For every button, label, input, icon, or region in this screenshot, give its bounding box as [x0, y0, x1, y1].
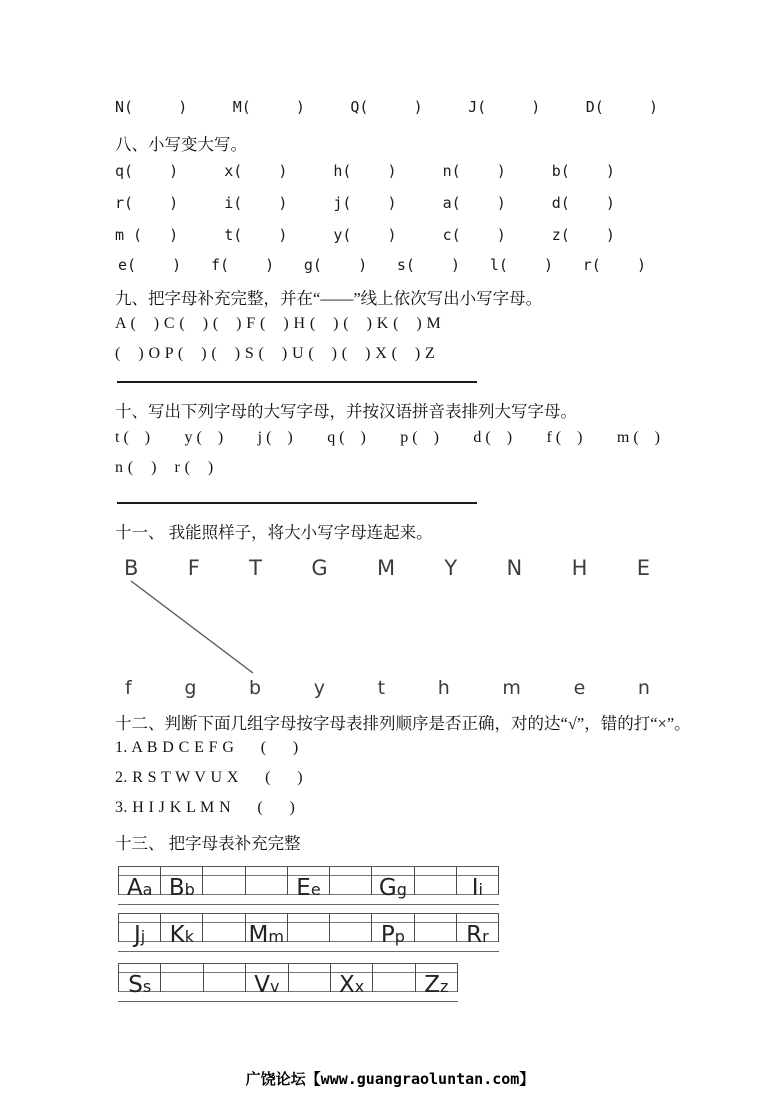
match-letter-upper: G [311, 556, 327, 580]
alphabet-cell-filled: Kk [161, 914, 203, 942]
alphabet-cells: SsVvXxZz [118, 964, 458, 992]
answer-group: i( ) [224, 194, 287, 212]
alphabet-cell-filled: Xx [331, 964, 373, 992]
section10-row-2: n ( ) r ( ) [115, 459, 214, 477]
letter-pair: Pp [381, 924, 405, 947]
answer-group: p ( ) [400, 429, 439, 447]
match-letter-upper: B [124, 556, 138, 580]
answer-group: j( ) [333, 194, 396, 212]
alphabet-cells: AaBbEeGgIi [118, 867, 499, 895]
answer-group: x( ) [224, 162, 287, 180]
letter-pair: Ee [296, 877, 320, 900]
alphabet-cells: JjKkMmPpRr [118, 914, 499, 942]
answer-group: f( ) [211, 256, 274, 274]
answer-group: N( ) [115, 98, 187, 116]
alphabet-grid-row-1: AaBbEeGgIi [118, 866, 499, 905]
alphabet-cell-blank [246, 867, 288, 895]
answer-group: J( ) [468, 98, 540, 116]
match-letter-upper: H [572, 556, 588, 580]
alphabet-grid-row-2: JjKkMmPpRr [118, 913, 499, 952]
match-letter-upper: F [188, 556, 200, 580]
footer-site-credit: 广饶论坛【www.guangraoluntan.com】 [0, 1068, 780, 1089]
match-letter-lower: b [249, 677, 261, 699]
section7-answer-row: N( ) M( ) Q( ) J( ) D( ) [115, 98, 658, 116]
alphabet-cell-filled: Vv [246, 964, 288, 992]
alphabet-cell-filled: Ee [288, 867, 330, 895]
match-letter-lower: m [502, 677, 521, 699]
alphabet-cell-blank [415, 914, 457, 942]
letter-pair: Ii [472, 877, 483, 900]
section8-row-1: q( ) x( ) h( ) n( ) b( ) [115, 162, 615, 180]
section9-row-1: A ( ) C ( ) ( ) F ( ) H ( ) ( ) K ( ) M [115, 315, 441, 333]
section12-heading: 十二、判断下面几组字母按字母表排列顺序是否正确，对的达“√”，错的打“×”。 [115, 710, 691, 734]
alphabet-cell-filled: Ii [457, 867, 499, 895]
match-letter-upper: N [507, 556, 523, 580]
alphabet-cell-blank [203, 914, 245, 942]
alphabet-grid-row-3: SsVvXxZz [118, 963, 458, 1002]
alphabet-cell-blank [161, 964, 203, 992]
letter-pair: Xx [339, 974, 364, 997]
answer-group: z( ) [552, 226, 615, 244]
answer-group: m ( ) [115, 226, 178, 244]
alphabet-cell-blank [204, 964, 246, 992]
answer-group: y ( ) [185, 429, 224, 447]
answer-group: t( ) [224, 226, 287, 244]
alphabet-cell-filled: Jj [118, 914, 161, 942]
match-letter-lower: t [378, 677, 385, 699]
section11-lowercase-row: f g b y t h m e n [125, 677, 650, 699]
match-letter-lower: h [438, 677, 450, 699]
letter-pair: Ss [128, 974, 151, 997]
answer-group: e( ) [118, 256, 181, 274]
letter-pair: Gg [379, 877, 407, 900]
answer-group: q ( ) [327, 429, 366, 447]
letter-pair: Jj [134, 924, 145, 947]
alphabet-cell-blank [373, 964, 415, 992]
answer-group: a( ) [443, 194, 506, 212]
alphabet-cell-filled: Rr [457, 914, 499, 942]
answer-group: b( ) [552, 162, 615, 180]
match-letter-lower: n [638, 677, 650, 699]
answer-group: d ( ) [473, 429, 512, 447]
letter-pair: Kk [170, 924, 194, 947]
answer-group: s( ) [397, 256, 460, 274]
section8-row-4: e( ) f( ) g( ) s( ) l( ) r( ) [118, 256, 646, 274]
match-letter-lower: g [184, 677, 196, 699]
match-letter-lower: f [125, 677, 132, 699]
alphabet-cell-blank [288, 914, 330, 942]
alphabet-cell-filled: Bb [161, 867, 203, 895]
example-connect-line-B-b [126, 578, 258, 676]
section8-row-2: r( ) i( ) j( ) a( ) d( ) [115, 194, 615, 212]
match-letter-lower: y [314, 677, 325, 699]
section10-row-1: t ( ) y ( ) j ( ) q ( ) p ( ) d ( ) f ( … [115, 429, 660, 447]
answer-group: t ( ) [115, 429, 150, 447]
answer-group: j ( ) [258, 429, 293, 447]
answer-group: f ( ) [546, 429, 582, 447]
answer-group: l( ) [490, 256, 553, 274]
match-letter-upper: T [249, 556, 262, 580]
section11-uppercase-row: B F T G M Y N H E [124, 556, 650, 580]
match-letter-lower: e [574, 677, 586, 699]
answer-group: q( ) [115, 162, 178, 180]
answer-group: D( ) [586, 98, 658, 116]
section12-item-3: 3. H I J K L M N ( ) [115, 799, 295, 817]
alphabet-cell-blank [330, 914, 372, 942]
alphabet-cell-filled: Zz [416, 964, 458, 992]
answer-group: n( ) [443, 162, 506, 180]
alphabet-cell-filled: Ss [118, 964, 161, 992]
letter-pair: Mm [249, 924, 284, 947]
section11-heading: 十一、 我能照样子，将大小写字母连起来。 [115, 519, 433, 543]
answer-group: g( ) [304, 256, 367, 274]
section10-heading: 十、写出下列字母的大写字母，并按汉语拼音表排列大写字母。 [115, 398, 577, 422]
answer-group: c( ) [443, 226, 506, 244]
answer-group: r( ) [115, 194, 178, 212]
section12-item-2: 2. R S T W V U X ( ) [115, 769, 303, 787]
letter-pair: Aa [127, 877, 153, 900]
alphabet-cell-filled: Pp [372, 914, 414, 942]
section9-heading: 九、把字母补充完整，并在“——”线上依次写出小写字母。 [115, 285, 542, 309]
match-letter-upper: E [637, 556, 650, 580]
answer-group: h( ) [333, 162, 396, 180]
letter-pair: Rr [466, 924, 489, 947]
alphabet-cell-filled: Mm [246, 914, 288, 942]
match-letter-upper: Y [444, 556, 457, 580]
letter-pair: Vv [254, 974, 279, 997]
alphabet-cell-blank [330, 867, 372, 895]
section8-heading: 八、小写变大写。 [115, 131, 247, 155]
letter-pair: Zz [424, 974, 448, 997]
answer-group: y( ) [333, 226, 396, 244]
alphabet-cell-blank [289, 964, 331, 992]
alphabet-cell-blank [203, 867, 245, 895]
answer-line [117, 381, 477, 383]
answer-group: m ( ) [617, 429, 660, 447]
answer-group: M( ) [233, 98, 305, 116]
answer-group: Q( ) [350, 98, 422, 116]
letter-pair: Bb [169, 877, 195, 900]
worksheet-page: N( ) M( ) Q( ) J( ) D( ) 八、小写变大写。 q( ) x… [0, 0, 780, 1103]
section9-row-2: ( ) O P ( ) ( ) S ( ) U ( ) ( ) X ( ) Z [115, 345, 435, 363]
alphabet-cell-filled: Aa [118, 867, 161, 895]
section12-item-1: 1. A B D C E F G ( ) [115, 739, 299, 757]
match-letter-upper: M [377, 556, 395, 580]
answer-line [117, 502, 477, 504]
alphabet-cell-blank [415, 867, 457, 895]
alphabet-cell-filled: Gg [372, 867, 414, 895]
answer-group: d( ) [552, 194, 615, 212]
section8-row-3: m ( ) t( ) y( ) c( ) z( ) [115, 226, 615, 244]
answer-group: r( ) [583, 256, 646, 274]
section13-heading: 十三、 把字母表补充完整 [115, 830, 301, 854]
